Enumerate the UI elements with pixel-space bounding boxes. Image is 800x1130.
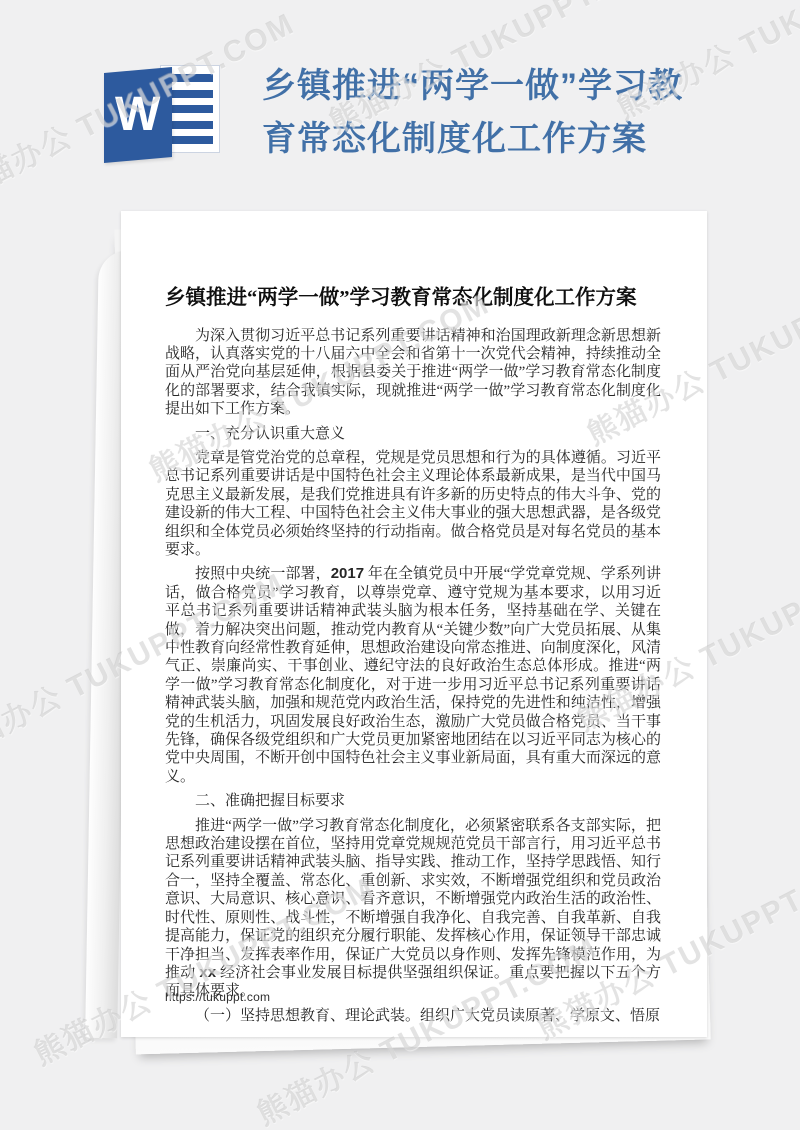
document-content: 乡镇推进“两学一做”学习教育常态化制度化工作方案 为深入贯彻习近平总书记系列重要…: [165, 285, 661, 1031]
page-title: 乡镇推进“两学一做”学习教 育常态化制度化工作方案: [262, 60, 717, 166]
paragraph-deployment-pre: 按照中央统一部署，: [195, 566, 331, 582]
word-page-line: [167, 90, 213, 98]
section-heading-1: 一、充分认识重大意义: [165, 425, 661, 443]
paragraph-intro: 为深入贯彻习近平总书记系列重要讲话精神和治国理政新理念新思想新战略，认真落实党的…: [165, 327, 661, 419]
footer-url: https://tukuppt.com: [165, 990, 270, 1004]
word-icon: W: [99, 61, 221, 165]
paragraph-goals-pre: 推进“两学一做”学习教育常态化制度化，必须紧密联系各支部实际，把思想政治建设摆在…: [165, 818, 661, 981]
paragraph-deployment-post: 年在全镇党员中开展“学党章党规、学系列讲话，做合格党员”学习教育，以尊崇党章、遵…: [165, 566, 661, 784]
word-page-line: [167, 136, 213, 144]
page-background: W 乡镇推进“两学一做”学习教 育常态化制度化工作方案 乡镇推进“两学一做”学习…: [0, 0, 800, 1130]
word-flag-icon: W: [104, 67, 172, 163]
section-heading-2: 二、准确把握目标要求: [165, 792, 661, 810]
word-page-line: [167, 105, 213, 113]
paragraph-deployment-year: 2017: [331, 565, 364, 582]
page-title-line2: 育常态化制度化工作方案: [262, 113, 717, 166]
document-title: 乡镇推进“两学一做”学习教育常态化制度化工作方案: [165, 285, 661, 313]
paragraph-goals: 推进“两学一做”学习教育常态化制度化，必须紧密联系各支部实际，把思想政治建设摆在…: [165, 817, 661, 1001]
word-page-line: [167, 121, 213, 129]
paragraph-deployment: 按照中央统一部署，2017 年在全镇党员中开展“学党章党规、学系列讲话，做合格党…: [165, 565, 661, 786]
word-page-line: [167, 74, 213, 82]
paragraph-significance: 党章是管党治党的总章程，党规是党员思想和行为的具体遵循。习近平总书记系列重要讲话…: [165, 449, 661, 559]
page-title-line1: 乡镇推进“两学一做”学习教: [262, 60, 717, 113]
paragraph-goals-placeholder: xx: [199, 964, 216, 981]
word-letter: W: [115, 91, 160, 139]
paragraph-item-one: （一）坚持思想教育、理论武装。组织广大党员读原著、学原文、悟原: [165, 1007, 661, 1025]
document-page: 乡镇推进“两学一做”学习教育常态化制度化工作方案 为深入贯彻习近平总书记系列重要…: [121, 211, 707, 1037]
